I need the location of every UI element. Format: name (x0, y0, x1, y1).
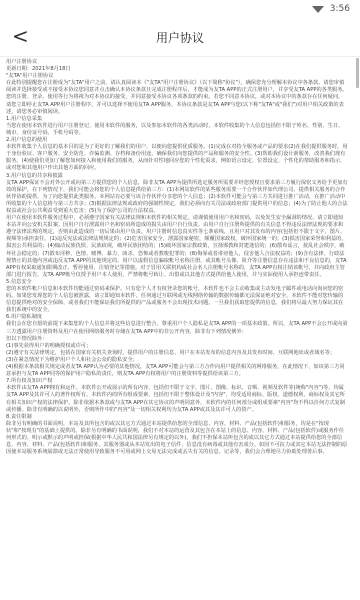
document-paragraph: 在此特别提醒您在注册成为"友TA"用户之前，请认真阅读本《"友TA"用户注册协议… (6, 80, 348, 115)
document-paragraph: 8.责任限制 (6, 414, 348, 421)
document-paragraph: 我们会在您自愿的前提下来集您的个人信息并将这些信息进行整合，尊重用户个人隐私是友… (6, 321, 348, 335)
document-paragraph: (2)遵守有关法律规定，包括在国家有关机关查询时，提供用户的注册信息、用户在本站… (6, 350, 348, 357)
status-bar: 3:56 (0, 0, 360, 18)
document-paragraph: 除非另有明确的书面说明，本站及其所包含的或以其它方式通过本站提供给您的全部信息、… (6, 421, 348, 456)
document-paragraph: 3.用户信息的共享和披露 (6, 173, 348, 180)
document-paragraph: (4)根据本条款相关规定或者友TA APP认为必要的其他情况。友TA APP可能… (6, 364, 348, 378)
document-paragraph: 友TA APP保证不会对外公开或向第三方提供您的个人信息，除非友TA APP为提… (6, 180, 348, 215)
back-chevron-left-icon[interactable]: < (12, 26, 29, 46)
document-paragraph: 当您在使用本软件进行用户注册登记、使用本软件的服务，以及参加本软件的各类活动时，… (6, 123, 348, 137)
nav-header: < 用户协议 (0, 18, 360, 57)
page-title: 用户协议 (156, 29, 204, 46)
agreement-document[interactable]: 用户注册协议更新日期：2021年8月18日"友TA"用户注册协议在此特别提醒您在… (0, 57, 354, 600)
document-paragraph: (1)事先获得用户的明确授权或许可； (6, 343, 348, 350)
document-paragraph: 5.信息安全 (6, 279, 348, 286)
scrollbar[interactable] (356, 58, 359, 88)
document-paragraph: 但以下情况除外： (6, 336, 348, 343)
document-paragraph: 更新日期：2021年8月18日 (6, 66, 348, 73)
document-paragraph: 本软件由友TA APP拥有和运作。本软件公开或展示的所有内容，包括但不限于文字、… (6, 385, 348, 413)
document-paragraph: 用户在使用本软件服务过程中，必须遵守国家有关法律法规和本软件的相关规定。请谨慎使… (6, 215, 348, 279)
status-time: 3:56 (330, 4, 350, 14)
document-paragraph: 1.用户信息采集 (6, 116, 348, 123)
wifi-icon (312, 6, 324, 13)
document-paragraph: (3)在紧急情况下为维护用户个人和社会公众的隐私安全； (6, 357, 348, 364)
document-paragraph: 您的本软件帐户信息和本软件均能通过密码来保护。只有您个人才有权登录您的帐号，本软… (6, 286, 348, 314)
document-paragraph: 本软件收集个人信息的基本目的是为了更好的了解我们的用户，以便向您提供优质服务。(… (6, 144, 348, 172)
